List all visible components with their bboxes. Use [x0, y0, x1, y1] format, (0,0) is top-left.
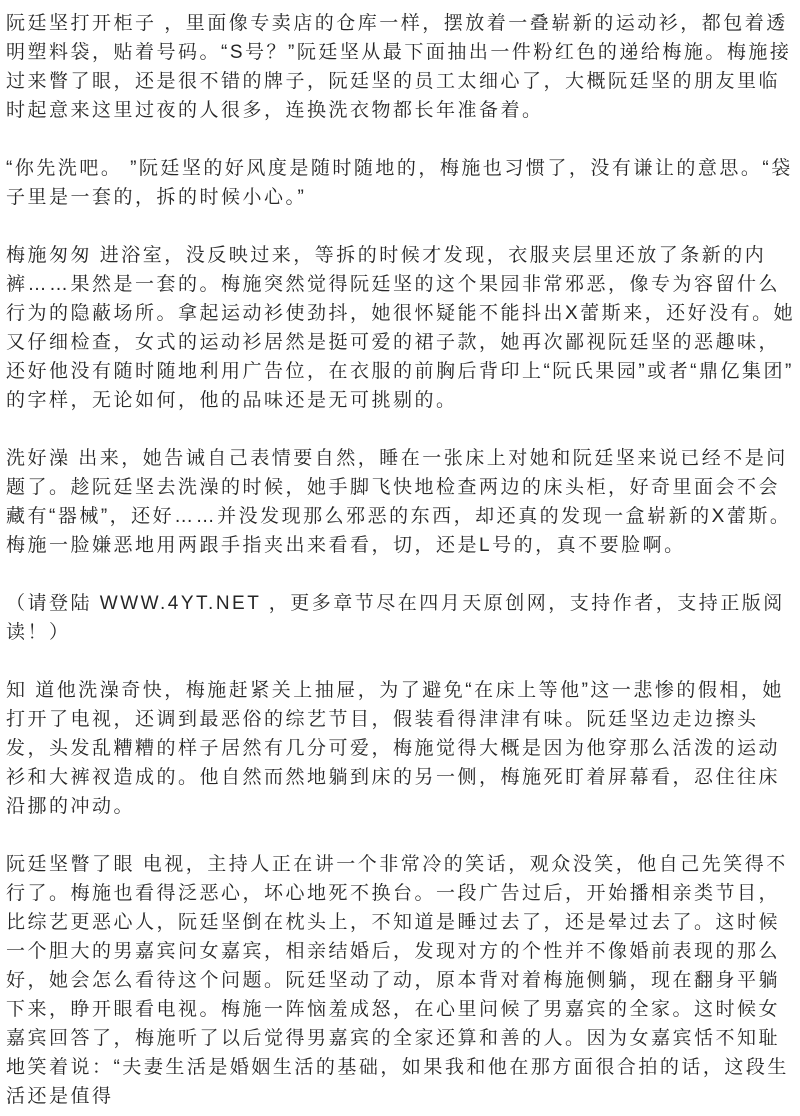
paragraph: 梅施匆匆 进浴室，没反映过来，等拆的时候才发现，衣服夹层里还放了条新的内裤……果… [6, 241, 796, 415]
paragraph: （请登陆 WWW.4YT.NET ，更多章节尽在四月天原创网，支持作者，支持正版… [6, 589, 796, 647]
paragraph: 阮廷坚打开柜子 ，里面像专卖店的仓库一样，摆放着一叠崭新的运动衫，都包着透明塑料… [6, 9, 796, 125]
paragraph: 洗好澡 出来，她告诫自己表情要自然，睡在一张床上对她和阮廷坚来说已经不是问题了。… [6, 444, 796, 560]
paragraph: 知 道他洗澡奇快，梅施赶紧关上抽屉，为了避免“在床上等他”这一悲惨的假相，她打开… [6, 676, 796, 821]
novel-page: 阮廷坚打开柜子 ，里面像专卖店的仓库一样，摆放着一叠崭新的运动衫，都包着透明塑料… [0, 0, 800, 1116]
paragraph: 阮廷坚瞥了眼 电视，主持人正在讲一个非常冷的笑话，观众没笑，他自己先笑得不行了。… [6, 850, 796, 1111]
text-body: 阮廷坚打开柜子 ，里面像专卖店的仓库一样，摆放着一叠崭新的运动衫，都包着透明塑料… [0, 0, 800, 1111]
paragraph: “你先洗吧。 ”阮廷坚的好风度是随时随地的，梅施也习惯了，没有谦让的意思。“袋子… [6, 154, 796, 212]
